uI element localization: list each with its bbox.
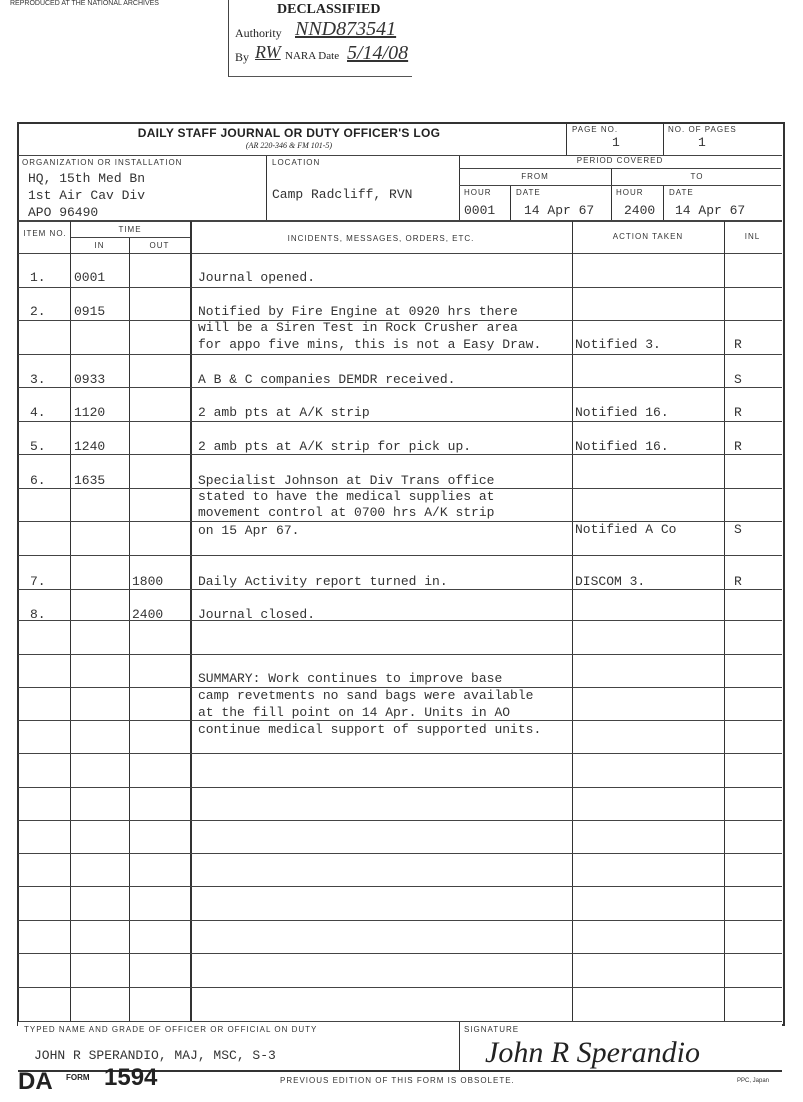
entry-text: on 15 Apr 67.: [198, 523, 299, 538]
entry-action: Notified 3.: [575, 337, 661, 352]
entry-action: Notified 16.: [575, 405, 669, 420]
entry-inl: R: [734, 337, 742, 352]
entry-out: 1800: [132, 574, 163, 589]
entry-item: 7.: [30, 574, 46, 589]
col-incidents: INCIDENTS, MESSAGES, ORDERS, ETC.: [190, 234, 572, 243]
entry-action: Notified 16.: [575, 439, 669, 454]
col-in: IN: [70, 241, 129, 250]
entry-in: 0915: [74, 304, 105, 319]
summary-line: continue medical support of supported un…: [198, 721, 541, 738]
declassified-stamp: DECLASSIFIED Authority NND873541 By RW N…: [228, 0, 412, 77]
entry-in: 0933: [74, 372, 105, 387]
entry-inl: R: [734, 405, 742, 420]
entry-item: 4.: [30, 405, 46, 420]
signature-label: SIGNATURE: [464, 1025, 519, 1034]
summary-line: SUMMARY: Work continues to improve base: [198, 670, 541, 687]
entry-action: DISCOM 3.: [575, 574, 645, 589]
entry-text: 2 amb pts at A/K strip for pick up.: [198, 439, 471, 454]
entry-text: for appo five mins, this is not a Easy D…: [198, 337, 541, 352]
form-number: 1594: [104, 1066, 157, 1090]
officer-name: JOHN R SPERANDIO, MAJ, MSC, S-3: [34, 1048, 276, 1063]
no-of-pages-value: 1: [698, 135, 706, 150]
location-value: Camp Radcliff, RVN: [272, 187, 412, 202]
previous-edition-note: PREVIOUS EDITION OF THIS FORM IS OBSOLET…: [280, 1076, 515, 1085]
stamp-title: DECLASSIFIED: [277, 2, 380, 18]
entry-text: Notified by Fire Engine at 0920 hrs ther…: [198, 304, 518, 319]
summary-line: at the fill point on 14 Apr. Units in AO: [198, 704, 541, 721]
to-date-value: 14 Apr 67: [675, 203, 745, 218]
archive-note: REPRODUCED AT THE NATIONAL ARCHIVES: [10, 0, 159, 7]
entry-in: 1120: [74, 405, 105, 420]
stamp-date-value: 5/14/08: [347, 42, 408, 65]
stamp-by-value: RW: [255, 42, 281, 63]
page-no-value: 1: [612, 135, 620, 150]
stamp-authority-value: NND873541: [295, 18, 396, 41]
entry-in: 1240: [74, 439, 105, 454]
to-date-label: DATE: [669, 188, 694, 197]
form-subtitle: (AR 220-346 & FM 101-5): [19, 141, 559, 150]
from-label: FROM: [459, 172, 611, 181]
entry-item: 5.: [30, 439, 46, 454]
entry-inl: R: [734, 439, 742, 454]
stamp-nara-label: NARA Date: [285, 50, 339, 62]
summary: SUMMARY: Work continues to improve base …: [198, 670, 541, 738]
from-date-value: 14 Apr 67: [524, 203, 594, 218]
entry-item: 8.: [30, 607, 46, 622]
col-inl: INL: [724, 232, 781, 241]
stamp-authority-label: Authority: [235, 26, 282, 41]
from-hour-label: HOUR: [464, 188, 492, 197]
entry-text: A B & C companies DEMDR received.: [198, 372, 455, 387]
entry-in: 1635: [74, 473, 105, 488]
entry-inl: S: [734, 522, 742, 537]
location-label: LOCATION: [272, 158, 320, 167]
stamp-by-label: By: [235, 50, 249, 65]
entry-text: Daily Activity report turned in.: [198, 574, 448, 589]
entry-inl: S: [734, 372, 742, 387]
org-value: HQ, 15th Med Bn 1st Air Cav Div APO 9649…: [28, 170, 145, 221]
officer-label: TYPED NAME AND GRADE OF OFFICER OR OFFIC…: [24, 1025, 317, 1034]
entry-text: 2 amb pts at A/K strip: [198, 405, 370, 420]
form-title: DAILY STAFF JOURNAL OR DUTY OFFICER'S LO…: [19, 126, 559, 140]
org-label: ORGANIZATION OR INSTALLATION: [22, 158, 182, 167]
entry-text: will be a Siren Test in Rock Crusher are…: [198, 320, 518, 335]
printer-note: PPC, Japan: [737, 1078, 769, 1084]
entry-out: 2400: [132, 607, 163, 622]
form-prefix: DA: [18, 1070, 53, 1094]
org-line-1: HQ, 15th Med Bn: [28, 170, 145, 187]
entry-item: 1.: [30, 270, 46, 285]
to-hour-label: HOUR: [616, 188, 644, 197]
from-hour-value: 0001: [464, 203, 495, 218]
entry-inl: R: [734, 574, 742, 589]
entry-text: stated to have the medical supplies at: [198, 489, 494, 504]
no-of-pages-label: NO. OF PAGES: [668, 125, 737, 134]
page-no-label: PAGE NO.: [572, 125, 618, 134]
signature: John R Sperandio: [485, 1036, 700, 1070]
period-label: PERIOD COVERED: [459, 156, 781, 165]
to-label: TO: [612, 172, 782, 181]
entry-text: movement control at 0700 hrs A/K strip: [198, 505, 494, 520]
entry-text: Journal opened.: [198, 270, 315, 285]
org-line-2: 1st Air Cav Div: [28, 187, 145, 204]
entry-action: Notified A Co: [575, 522, 676, 537]
entry-item: 2.: [30, 304, 46, 319]
col-item-no: ITEM NO.: [20, 228, 70, 239]
entry-item: 3.: [30, 372, 46, 387]
summary-line: camp revetments no sand bags were availa…: [198, 687, 541, 704]
form-label: FORM: [66, 1073, 90, 1082]
col-time: TIME: [70, 225, 190, 234]
entry-text: Journal closed.: [198, 607, 315, 622]
col-out: OUT: [129, 241, 190, 250]
org-line-3: APO 96490: [28, 204, 145, 221]
col-action: ACTION TAKEN: [572, 232, 724, 241]
to-hour-value: 2400: [624, 203, 655, 218]
entry-in: 0001: [74, 270, 105, 285]
from-date-label: DATE: [516, 188, 541, 197]
entry-text: Specialist Johnson at Div Trans office: [198, 473, 494, 488]
entry-item: 6.: [30, 473, 46, 488]
